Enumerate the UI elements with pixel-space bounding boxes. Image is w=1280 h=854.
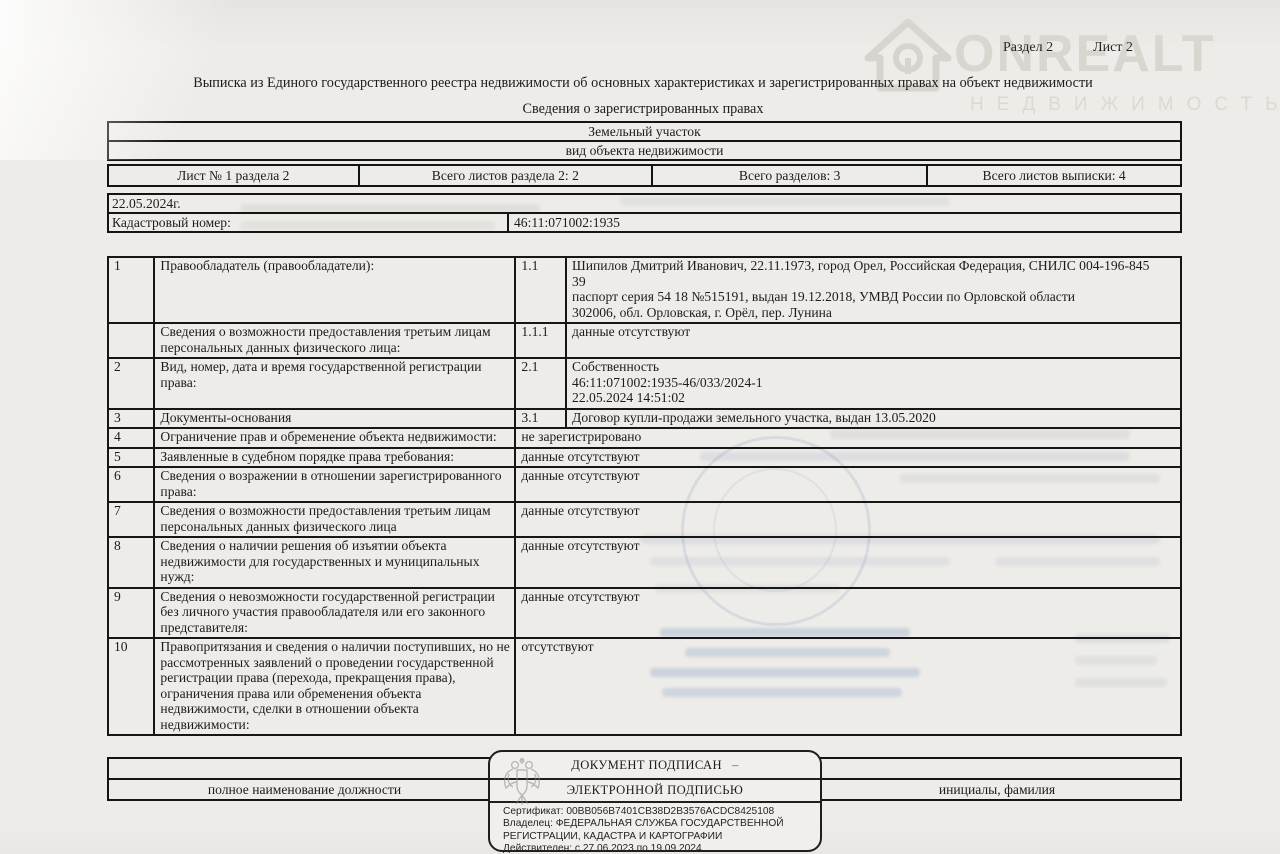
row-value: данные отсутствуют xyxy=(566,323,1181,358)
document-title: Выписка из Единого государственного реес… xyxy=(104,75,1182,92)
page-header: Раздел 2 Лист 2 xyxy=(1003,40,1133,56)
row-number: 6 xyxy=(108,467,154,502)
registered-rights-table: 1Правообладатель (правообладатели):1.1Ши… xyxy=(107,256,1182,736)
object-type-box: Земельный участок вид объекта недвижимос… xyxy=(107,121,1182,161)
footer-signature-space xyxy=(814,759,1180,780)
object-type-value: Земельный участок xyxy=(109,123,1180,142)
stamp-scan-mark: – xyxy=(732,758,739,773)
table-row: 10Правопритязания и сведения о наличии п… xyxy=(108,638,1181,735)
row-label: Ограничение прав и обременение объекта н… xyxy=(154,428,515,448)
row-label: Документы-основания xyxy=(154,409,515,429)
row-label: Сведения о наличии решения об изъятии об… xyxy=(154,537,515,588)
table-row: 6Сведения о возражении в отношении зарег… xyxy=(108,467,1181,502)
sheet-info-cell: Всего листов выписки: 4 xyxy=(928,166,1180,185)
date-cadastral-table: 22.05.2024г. Кадастровый номер: 46:11:07… xyxy=(107,193,1182,233)
document-subtitle: Сведения о зарегистрированных правах xyxy=(104,101,1182,118)
row-number xyxy=(108,323,154,358)
sheet-info-table: Лист № 1 раздела 2 Всего листов раздела … xyxy=(107,164,1182,187)
row-number: 2 xyxy=(108,358,154,409)
row-value: Шипилов Дмитрий Иванович, 22.11.1973, го… xyxy=(566,257,1181,323)
row-value: не зарегистрировано xyxy=(515,428,1181,448)
object-type-caption: вид объекта недвижимости xyxy=(109,142,1180,159)
table-row: 2Вид, номер, дата и время государственно… xyxy=(108,358,1181,409)
row-subnumber: 1.1 xyxy=(515,257,566,323)
row-value: данные отсутствуют xyxy=(515,537,1181,588)
footer-signature-space xyxy=(109,759,500,780)
table-row: Сведения о возможности предоставления тр… xyxy=(108,323,1181,358)
digital-signature-stamp: ДОКУМЕНТ ПОДПИСАН – ЭЛЕКТРОННОЙ ПОДПИСЬЮ… xyxy=(488,750,822,852)
row-value: данные отсутствуют xyxy=(515,448,1181,468)
sheet-info-cell: Всего листов раздела 2: 2 xyxy=(360,166,653,185)
stamp-owner-line2: РЕГИСТРАЦИИ, КАДАСТРА И КАРТОГРАФИИ xyxy=(503,831,812,843)
row-number: 4 xyxy=(108,428,154,448)
row-value: отсутствуют xyxy=(515,638,1181,735)
stamp-owner-line1: Владелец: ФЕДЕРАЛЬНАЯ СЛУЖБА ГОСУДАРСТВЕ… xyxy=(503,818,812,830)
row-value: данные отсутствуют xyxy=(515,502,1181,537)
row-number: 1 xyxy=(108,257,154,323)
cadastral-row: Кадастровый номер: 46:11:071002:1935 xyxy=(109,214,1180,231)
sheet-label: Лист 2 xyxy=(1093,40,1133,56)
table-row: 1Правообладатель (правообладатели):1.1Ши… xyxy=(108,257,1181,323)
row-label: Правообладатель (правообладатели): xyxy=(154,257,515,323)
stamp-validity: Действителен: с 27.06.2023 по 19.09.2024 xyxy=(503,843,812,854)
coat-of-arms-icon xyxy=(501,756,543,808)
footer-name-box: инициалы, фамилия xyxy=(812,757,1182,801)
table-row: 5Заявленные в судебном порядке права тре… xyxy=(108,448,1181,468)
footer-position-label: полное наименование должности xyxy=(109,780,500,799)
row-label: Сведения о невозможности государственной… xyxy=(154,588,515,639)
extract-date: 22.05.2024г. xyxy=(109,195,1180,214)
row-subnumber: 1.1.1 xyxy=(515,323,566,358)
row-value: Договор купли-продажи земельного участка… xyxy=(566,409,1181,429)
row-value: данные отсутствуют xyxy=(515,467,1181,502)
sheet-info-cell: Лист № 1 раздела 2 xyxy=(109,166,360,185)
row-subnumber: 3.1 xyxy=(515,409,566,429)
row-number: 7 xyxy=(108,502,154,537)
row-subnumber: 2.1 xyxy=(515,358,566,409)
row-value: Собственность 46:11:071002:1935-46/033/2… xyxy=(566,358,1181,409)
rights-table-body: 1Правообладатель (правообладатели):1.1Ши… xyxy=(108,257,1181,735)
row-label: Вид, номер, дата и время государственной… xyxy=(154,358,515,409)
row-number: 5 xyxy=(108,448,154,468)
row-value: данные отсутствуют xyxy=(515,588,1181,639)
table-row: 8Сведения о наличии решения об изъятии о… xyxy=(108,537,1181,588)
footer-name-label: инициалы, фамилия xyxy=(814,780,1180,799)
table-row: 7Сведения о возможности предоставления т… xyxy=(108,502,1181,537)
row-number: 9 xyxy=(108,588,154,639)
row-label: Сведения о возможности предоставления тр… xyxy=(154,323,515,358)
cadastral-label: Кадастровый номер: xyxy=(109,214,509,231)
stamp-line1: ДОКУМЕНТ ПОДПИСАН xyxy=(571,758,722,773)
table-row: 4Ограничение прав и обременение объекта … xyxy=(108,428,1181,448)
row-label: Сведения о возможности предоставления тр… xyxy=(154,502,515,537)
row-number: 8 xyxy=(108,537,154,588)
section-label: Раздел 2 xyxy=(1003,40,1053,56)
row-label: Заявленные в судебном порядке права треб… xyxy=(154,448,515,468)
row-label: Правопритязания и сведения о наличии пос… xyxy=(154,638,515,735)
row-number: 3 xyxy=(108,409,154,429)
table-row: 3Документы-основания3.1Договор купли-про… xyxy=(108,409,1181,429)
footer-position-box: полное наименование должности xyxy=(107,757,502,801)
table-row: 9Сведения о невозможности государственно… xyxy=(108,588,1181,639)
sheet-info-cell: Всего разделов: 3 xyxy=(653,166,928,185)
row-label: Сведения о возражении в отношении зареги… xyxy=(154,467,515,502)
row-number: 10 xyxy=(108,638,154,735)
cadastral-number: 46:11:071002:1935 xyxy=(509,214,620,231)
stamp-certificate: Сертификат: 00BB056B7401CB38D2B3576ACDC8… xyxy=(503,806,812,818)
